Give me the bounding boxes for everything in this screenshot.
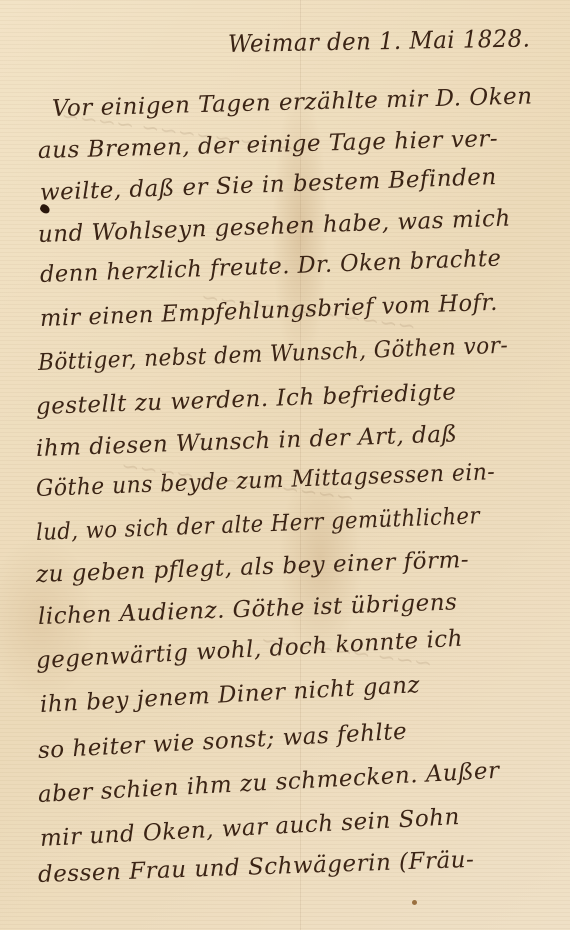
letter-line: ihm diesen Wunsch in der Art, daß [36,421,458,462]
letter-line: gestellt zu werden. Ich befriedigte [36,379,457,420]
letter-line: lichen Audienz. Göthe ist übrigens [38,589,458,630]
place-date-heading: Weimar den 1. Mai 1828. [228,24,531,58]
letter-line: Böttiger, nebst dem Wunsch, Göthen vor- [38,333,509,376]
letter-page: ~~~ ~~~~~ ~~~~ ~~~~ ~~ ~~~~~ ~~~~~ ~~~ ~… [0,0,570,930]
letter-line: dessen Frau und Schwägerin (Fräu- [38,847,475,888]
letter-line: weilte, daß er Sie in bestem Befinden [40,164,498,206]
letter-line: zu geben pflegt, als bey einer förm- [36,547,470,588]
letter-line: lud, wo sich der alte Herr gemüthlicher [36,503,481,546]
letter-line: so heiter wie sonst; was fehlte [37,719,407,764]
letter-line: und Wohlseyn gesehen habe, was mich [38,206,512,248]
letter-line: ihn bey jenem Diner nicht ganz [39,672,420,718]
letter-line: Vor einigen Tagen erzählte mir D. Oken [52,83,533,122]
paper-spot [412,900,417,905]
letter-line: denn herzlich freute. Dr. Oken brachte [40,246,502,288]
letter-line: aber schien ihm zu schmecken. Außer [37,758,500,808]
letter-line: mir und Oken, war auch sein Sohn [39,804,460,852]
